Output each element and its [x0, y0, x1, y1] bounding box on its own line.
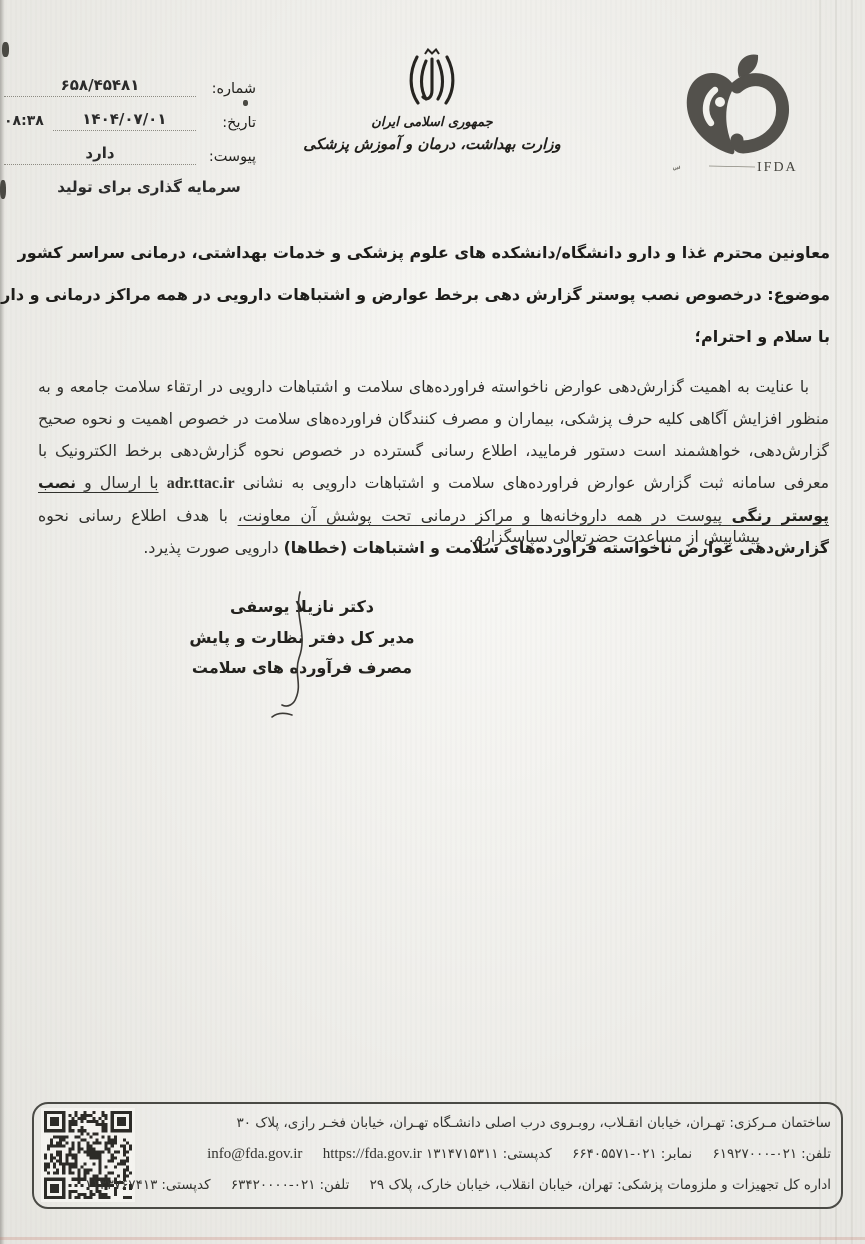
- number-value: ۶۵۸/۴۵۴۸۱: [4, 76, 196, 97]
- email-text: info@fda.gov.ir: [207, 1146, 302, 1162]
- scan-bottom-line: [0, 1237, 865, 1240]
- letter-meta-block: شماره: ۶۵۸/۴۵۴۸۱ تاریخ: ۱۴۰۴/۰۷/۰۱ ۰۸:۳۸…: [4, 76, 256, 196]
- scan-speck: [2, 42, 9, 57]
- scan-streaks: [805, 0, 865, 1244]
- scanned-letter-page: شماره: ۶۵۸/۴۵۴۸۱ تاریخ: ۱۴۰۴/۰۷/۰۱ ۰۸:۳۸…: [0, 0, 865, 1244]
- iran-emblem-icon: [406, 48, 458, 110]
- letter-date-row: تاریخ: ۱۴۰۴/۰۷/۰۱ ۰۸:۳۸: [4, 110, 256, 131]
- website-text: https://fda.gov.ir: [323, 1146, 422, 1162]
- number-label: شماره:: [200, 81, 256, 97]
- phone-group: تلفن:۰۲۱-۶۱۹۲۷۰۰۰: [712, 1146, 831, 1162]
- ifda-caption-fa: سازمان غذا و دارو: [673, 161, 682, 189]
- emblem-ministry-text: وزارت بهداشت، درمان و آموزش پزشکی: [282, 135, 582, 153]
- equipment-phone: ۰۲۱-۶۳۴۲۰۰۰۰: [231, 1177, 316, 1193]
- postal-code: ۱۳۱۴۷۱۵۳۱۱: [426, 1146, 499, 1162]
- ministry-emblem-block: جمهوری اسلامی ایران وزارت بهداشت، درمان …: [282, 48, 582, 153]
- letter-attachment-row: پیوست: دارد: [4, 144, 256, 165]
- adr-ttac-url: adr.ttac.ir: [167, 475, 235, 492]
- body-end: دارویی صورت پذیرد.: [143, 538, 278, 557]
- phone-number: ۰۲۱-۶۱۹۲۷۰۰۰: [712, 1146, 797, 1162]
- date-value: ۱۴۰۴/۰۷/۰۱: [53, 110, 196, 131]
- fax-group: نمابر:۰۲۱-۶۶۴۰۵۵۷۱: [572, 1146, 692, 1162]
- attachment-label: پیوست:: [200, 149, 256, 165]
- letter-number-row: شماره: ۶۵۸/۴۵۴۸۱: [4, 76, 256, 97]
- year-slogan: سرمایه گذاری برای تولید: [42, 178, 256, 196]
- footer-text-block: ساختمان مـرکزی: تهـران، خیابان انقـلاب، …: [148, 1108, 831, 1201]
- subject-line: موضوع: درخصوص نصب پوستر گزارش دهی برخط ع…: [40, 285, 830, 304]
- postal-group: کدپستی:۱۳۱۴۷۱۵۳۱۱: [426, 1146, 552, 1162]
- ifda-logo: IFDA سازمان غذا و دارو: [673, 50, 813, 190]
- footer-address-line: ساختمان مـرکزی: تهـران، خیابان انقـلاب، …: [148, 1108, 831, 1139]
- attachment-value: دارد: [4, 144, 196, 165]
- closing-line: پیشاپیش از مساعدت حضرتعالی سپاسگزارم.: [469, 528, 760, 546]
- equipment-postal-group: کدپستی:۱۱۳۳۷۶۷۴۱۳: [85, 1177, 211, 1193]
- fax-number: ۰۲۱-۶۶۴۰۵۵۷۱: [572, 1146, 657, 1162]
- ifda-caption-en: IFDA: [757, 160, 798, 175]
- time-value: ۰۸:۳۸: [4, 113, 44, 131]
- footer-equipment-line: اداره کل تجهیزات و ملزومات پزشکی: تهران،…: [148, 1170, 831, 1201]
- footer-box: ساختمان مـرکزی: تهـران، خیابان انقـلاب، …: [32, 1102, 843, 1209]
- recipient-line: معاونین محترم غذا و دارو دانشگاه/دانشکده…: [40, 243, 830, 262]
- equipment-postal: ۱۱۳۳۷۶۷۴۱۳: [85, 1177, 158, 1193]
- equipment-dept-address: اداره کل تجهیزات و ملزومات پزشکی: تهران،…: [370, 1177, 831, 1193]
- handwritten-signature: [262, 586, 332, 726]
- date-label: تاریخ:: [200, 115, 256, 131]
- emblem-country-text: جمهوری اسلامی ایران: [282, 115, 582, 130]
- body-mid: با هدف اطلاع رسانی نحوه: [38, 506, 228, 525]
- equipment-phone-group: تلفن:۰۲۱-۶۳۴۲۰۰۰۰: [231, 1177, 350, 1193]
- footer-contacts-line: تلفن:۰۲۱-۶۱۹۲۷۰۰۰ نمابر:۰۲۱-۶۶۴۰۵۵۷۱ کدپ…: [148, 1139, 831, 1170]
- salutation-line: با سلام و احترام؛: [40, 327, 830, 346]
